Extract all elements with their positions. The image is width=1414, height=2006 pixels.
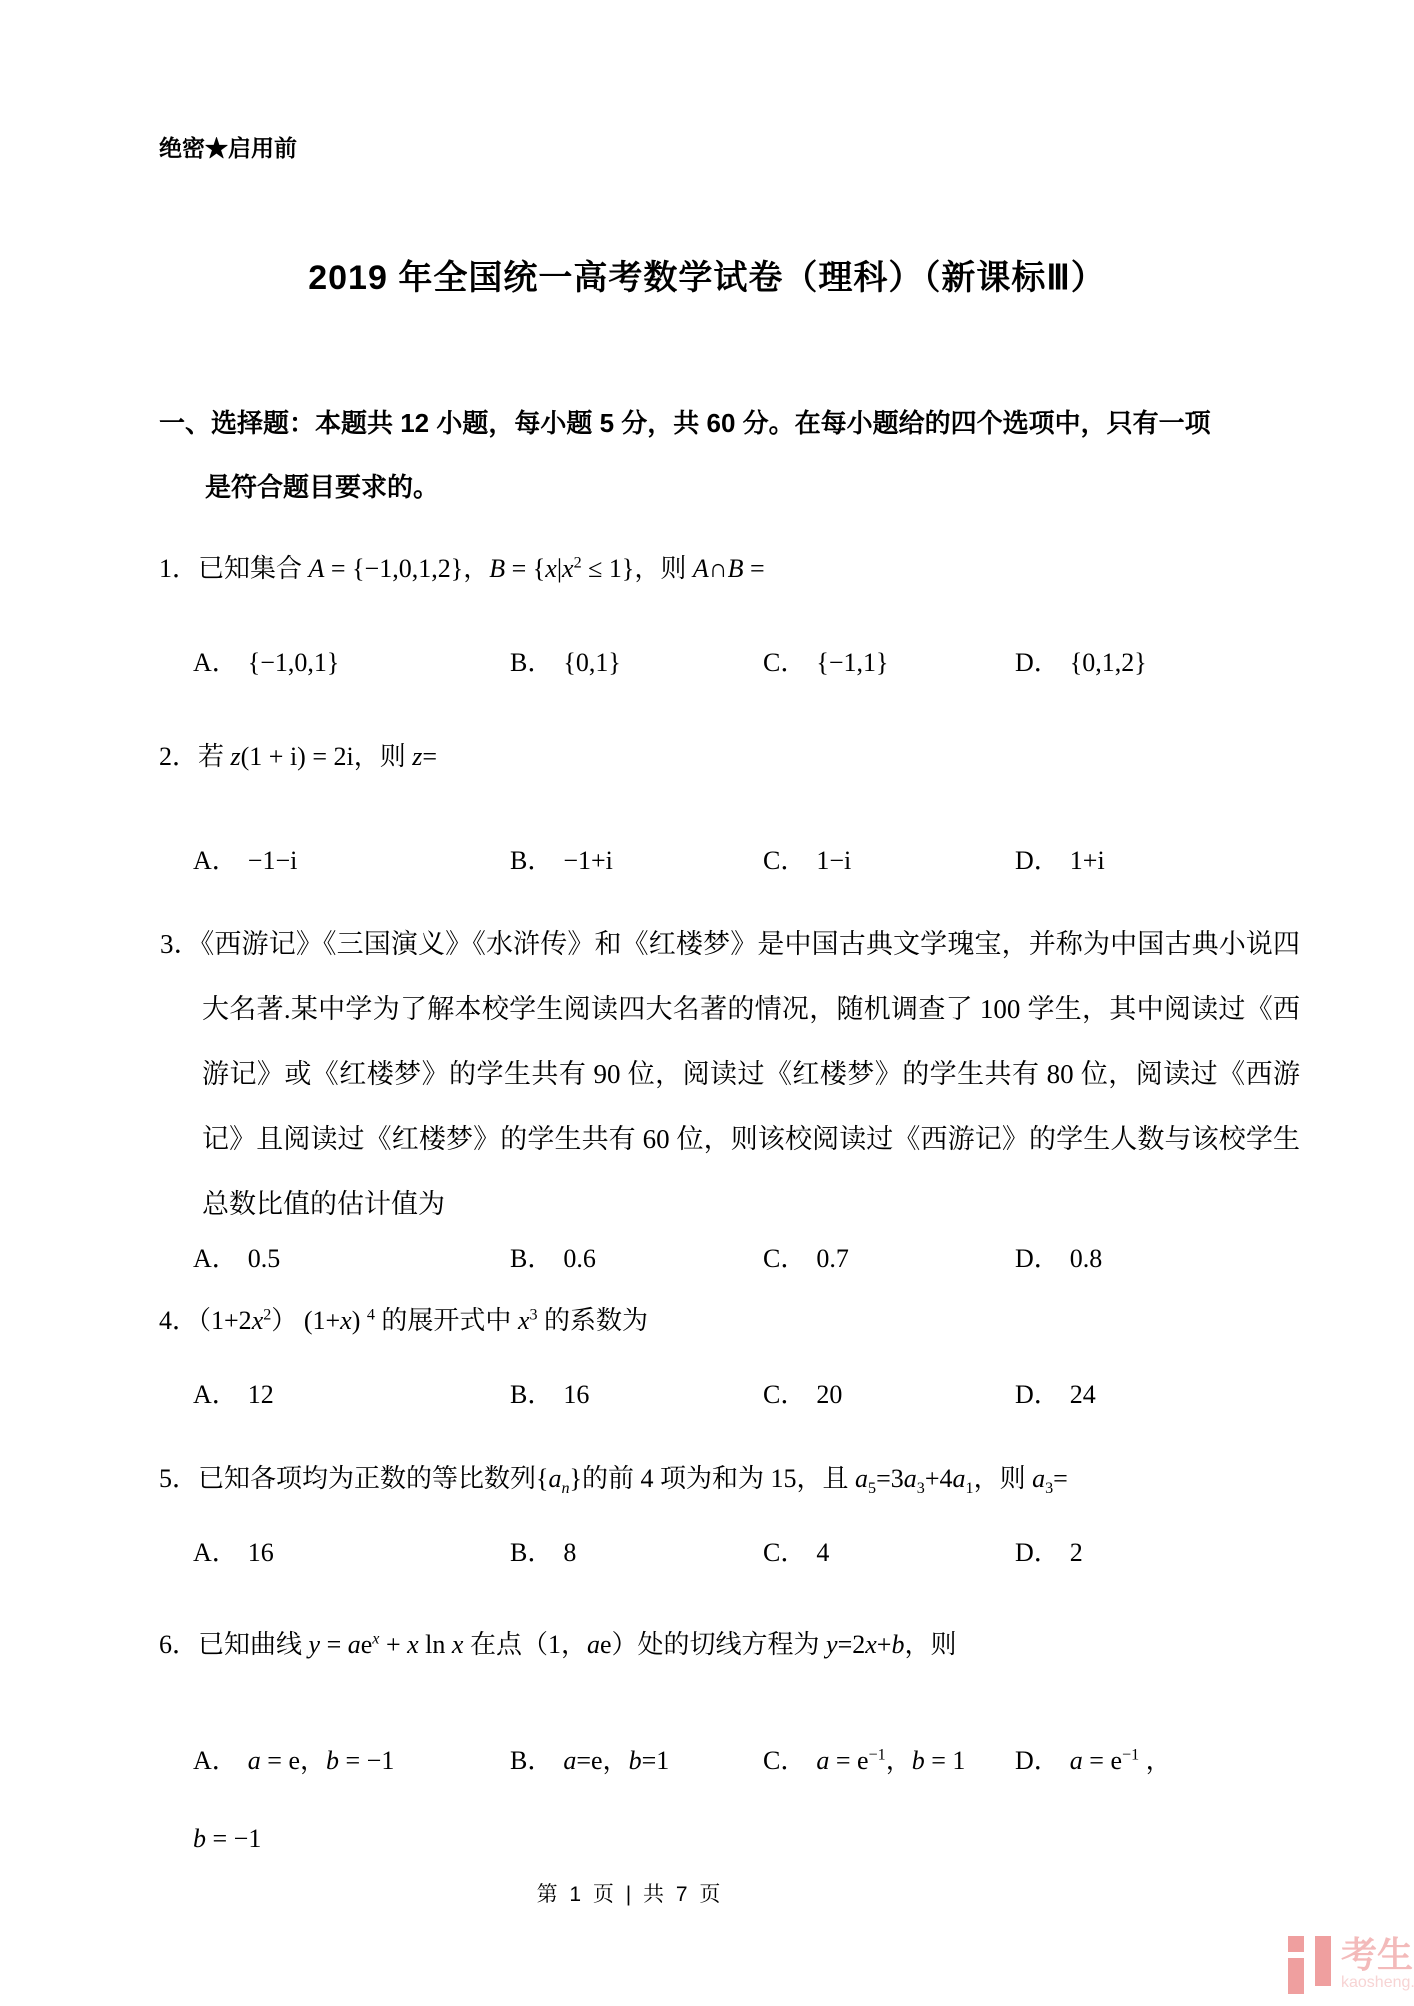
question-6-option-b: B．a=e，b=1 — [510, 1740, 669, 1777]
question-5-option-d: D．2 — [1015, 1532, 1083, 1569]
option-text: −1+i — [563, 846, 613, 875]
question-4-stem: 4．（1+2x2） (1+x) 4 的展开式中 x3 的系数为 — [159, 1300, 648, 1337]
option-label: D． — [1015, 1538, 1060, 1567]
question-1-stem: 1．已知集合 A = {−1,0,1,2}，B = {x|x2 ≤ 1}，则 A… — [159, 548, 765, 585]
question-1-option-c: C．{−1,1} — [763, 642, 888, 679]
option-label: C． — [763, 648, 806, 677]
option-label: B． — [510, 1538, 553, 1567]
option-label: C． — [763, 1746, 806, 1775]
option-text: {0,1,2} — [1070, 648, 1147, 677]
option-text: −1−i — [248, 846, 298, 875]
question-2-option-b: B．−1+i — [510, 840, 613, 877]
question-1-option-a: A．{−1,0,1} — [193, 642, 339, 679]
question-1-option-d: D．{0,1,2} — [1015, 642, 1147, 679]
question-6-option-a: A．a = e，b = −1 — [193, 1740, 394, 1777]
option-text: 4 — [816, 1538, 829, 1567]
option-label: C． — [763, 1244, 806, 1273]
option-text: a = e−1 ， — [1070, 1746, 1172, 1775]
option-label: A． — [193, 1244, 238, 1273]
question-3-option-d: D．0.8 — [1015, 1238, 1102, 1275]
option-label: B． — [510, 1244, 553, 1273]
question-6-option-d: D．a = e−1 ， — [1015, 1740, 1172, 1777]
option-label: D． — [1015, 1746, 1060, 1775]
option-text: 0.5 — [248, 1244, 281, 1273]
option-label: A． — [193, 1380, 238, 1409]
option-label: B． — [510, 1746, 553, 1775]
option-label: B． — [510, 846, 553, 875]
option-text: 2 — [1070, 1538, 1083, 1567]
question-3-options: A．0.5 B．0.6 C．0.7 D．0.8 — [0, 1238, 1414, 1280]
option-text: 20 — [816, 1380, 842, 1409]
option-text: 0.7 — [816, 1244, 849, 1273]
option-text: 0.6 — [563, 1244, 596, 1273]
option-label: A． — [193, 648, 238, 677]
option-label: B． — [510, 1380, 553, 1409]
option-text: a=e，b=1 — [563, 1746, 669, 1775]
question-5-option-b: B．8 — [510, 1532, 576, 1569]
question-5-option-c: C．4 — [763, 1532, 829, 1569]
option-text: 24 — [1070, 1380, 1096, 1409]
question-2-option-a: A．−1−i — [193, 840, 297, 877]
question-2-options: A．−1−i B．−1+i C．1−i D．1+i — [0, 840, 1414, 882]
option-label: C． — [763, 1538, 806, 1567]
question-4-options: A．12 B．16 C．20 D．24 — [0, 1374, 1414, 1416]
question-6-option-d-continuation: b = −1 — [193, 1824, 261, 1854]
question-3-option-a: A．0.5 — [193, 1238, 280, 1275]
option-text: 0.8 — [1070, 1244, 1103, 1273]
section-heading-line2: 是符合题目要求的。 — [205, 467, 439, 504]
exam-paper-page: 绝密★启用前 2019 年全国统一高考数学试卷（理科）（新课标Ⅲ） 一、选择题：… — [0, 0, 1414, 2006]
option-text: 1+i — [1070, 846, 1105, 875]
option-text: {−1,0,1} — [248, 648, 340, 677]
option-label: A． — [193, 846, 238, 875]
question-3-option-c: C．0.7 — [763, 1238, 849, 1275]
option-text: {−1,1} — [816, 648, 888, 677]
page-footer: 第 1 页 | 共 7 页 — [0, 1878, 1260, 1908]
option-label: D． — [1015, 1244, 1060, 1273]
logo-block — [1315, 1936, 1331, 1986]
option-text: 8 — [563, 1538, 576, 1567]
option-text: 1−i — [816, 846, 851, 875]
option-text: a = e−1，b = 1 — [816, 1746, 965, 1775]
kaosheng-logo-icon — [1288, 1936, 1332, 1994]
option-label: C． — [763, 846, 806, 875]
question-6-options: A．a = e，b = −1 B．a=e，b=1 C．a = e−1，b = 1… — [0, 1740, 1414, 1782]
classification-label: 绝密★启用前 — [159, 130, 297, 163]
page-title: 2019 年全国统一高考数学试卷（理科）（新课标Ⅲ） — [0, 250, 1414, 299]
logo-block — [1288, 1936, 1304, 1952]
question-5-option-a: A．16 — [193, 1532, 274, 1569]
question-1-option-b: B．{0,1} — [510, 642, 621, 679]
question-5-stem: 5．已知各项均为正数的等比数列{an}的前 4 项为和为 15，且 a5=3a3… — [159, 1458, 1068, 1498]
option-text: {0,1} — [563, 648, 620, 677]
question-3-stem: 3．《西游记》《三国演义》《水浒传》和《红楼梦》是中国古典文学瑰宝，并称为中国古… — [160, 912, 1300, 1237]
kaosheng-watermark: 考生网 kaosheng.com — [1288, 1936, 1414, 1994]
watermark-site-domain: kaosheng.com — [1341, 1974, 1414, 1992]
watermark-site-name: 考生网 — [1341, 1936, 1414, 1974]
option-text: 16 — [563, 1380, 589, 1409]
question-4-option-b: B．16 — [510, 1374, 589, 1411]
question-1-options: A．{−1,0,1} B．{0,1} C．{−1,1} D．{0,1,2} — [0, 642, 1414, 684]
question-4-option-c: C．20 — [763, 1374, 842, 1411]
question-3-option-b: B．0.6 — [510, 1238, 596, 1275]
option-label: B． — [510, 648, 553, 677]
option-text: a = e，b = −1 — [248, 1746, 395, 1775]
option-label: C． — [763, 1380, 806, 1409]
option-label: D． — [1015, 648, 1060, 677]
question-4-option-a: A．12 — [193, 1374, 274, 1411]
question-4-option-d: D．24 — [1015, 1374, 1096, 1411]
option-label: D． — [1015, 1380, 1060, 1409]
question-6-option-c: C．a = e−1，b = 1 — [763, 1740, 965, 1777]
option-label: A． — [193, 1538, 238, 1567]
section-heading-line1: 一、选择题：本题共 12 小题，每小题 5 分，共 60 分。在每小题给的四个选… — [159, 403, 1211, 440]
option-label: A． — [193, 1746, 238, 1775]
question-2-option-c: C．1−i — [763, 840, 851, 877]
question-6-stem: 6．已知曲线 y = aex + x ln x 在点（1，ae）处的切线方程为 … — [159, 1624, 956, 1661]
option-text: 16 — [248, 1538, 274, 1567]
question-5-options: A．16 B．8 C．4 D．2 — [0, 1532, 1414, 1574]
logo-block — [1288, 1958, 1304, 1994]
question-2-option-d: D．1+i — [1015, 840, 1105, 877]
question-2-stem: 2．若 z(1 + i) = 2i，则 z= — [159, 736, 437, 773]
option-text: 12 — [248, 1380, 274, 1409]
option-label: D． — [1015, 846, 1060, 875]
kaosheng-watermark-text: 考生网 kaosheng.com — [1341, 1936, 1414, 1992]
